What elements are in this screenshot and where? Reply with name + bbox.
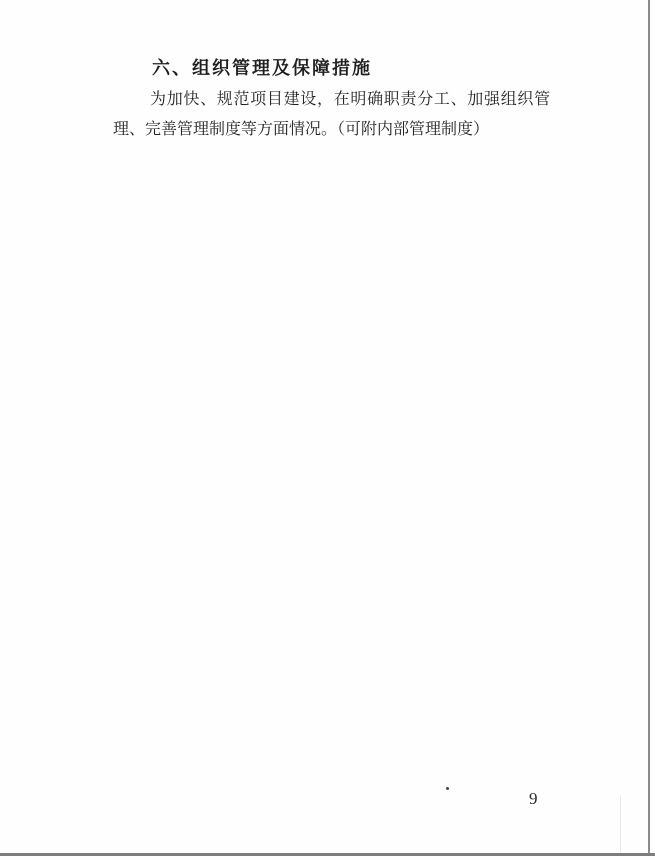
page-edge-right <box>648 0 650 855</box>
paragraph-line: 理、完善管理制度等方面情况。（可附内部管理制度） <box>113 116 489 139</box>
section-heading: 六、组织管理及保障措施 <box>152 54 372 80</box>
page-number: 9 <box>529 789 538 809</box>
paragraph-line: 为加快、规范项目建设，在明确职责分工、加强组织管 <box>150 86 551 109</box>
ink-speck <box>446 787 449 790</box>
scan-artifact-streak <box>620 795 621 853</box>
page-edge-bottom <box>0 853 655 856</box>
scanned-document-page: 六、组织管理及保障措施 为加快、规范项目建设，在明确职责分工、加强组织管 理、完… <box>0 0 655 860</box>
